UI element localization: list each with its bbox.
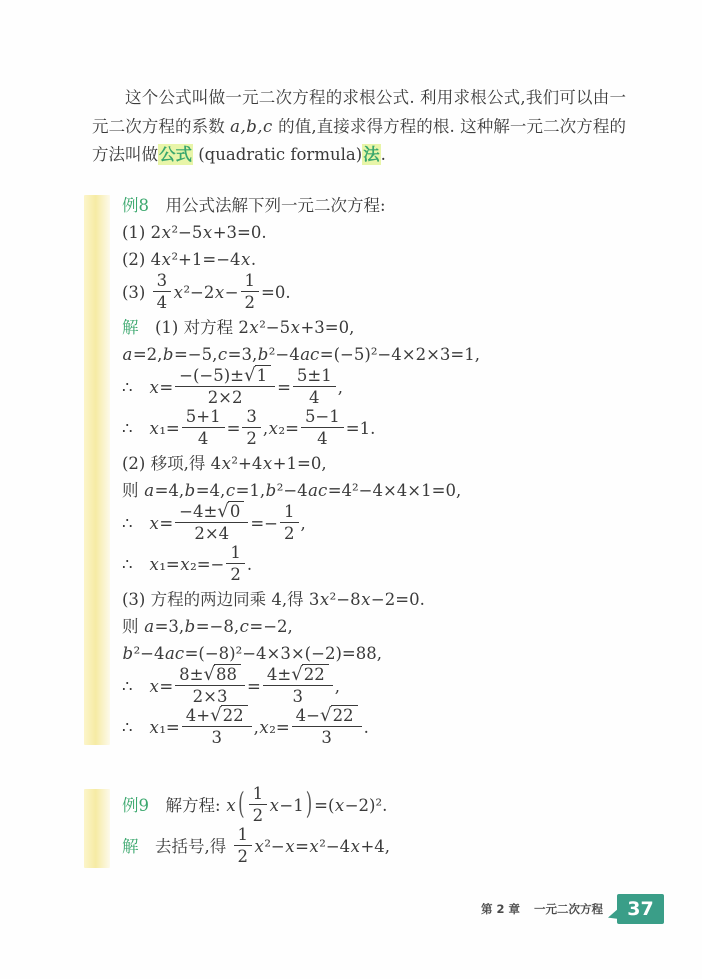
- math-text: −(−5)±: [179, 366, 244, 385]
- math-text: 2×2: [208, 388, 243, 407]
- math-text: 1: [238, 825, 249, 844]
- denominator: 2: [234, 846, 253, 866]
- page-number-badge: 37: [617, 894, 664, 924]
- math-text: 解: [122, 318, 139, 337]
- math-line: 例9 解方程: x(12x−1)=(x−2)².: [122, 786, 390, 827]
- radicand: 22: [221, 705, 248, 725]
- denominator: 3: [263, 686, 333, 706]
- math-text: b²−4ac=(−8)²−4×3×(−2)=88,: [122, 644, 382, 663]
- denominator: 2×2: [175, 387, 275, 407]
- math-text: 例8: [122, 196, 149, 215]
- math-text: 1: [284, 502, 295, 521]
- numerator: −(−5)±√1: [175, 366, 275, 387]
- math-line: ∴ x=−(−5)±√12×2=5±14,: [122, 368, 480, 409]
- denominator: 4: [182, 428, 225, 448]
- radical-sign-icon: √: [210, 705, 222, 726]
- math-text: ∴ x₁=x₂=−: [122, 555, 224, 574]
- denominator: 3: [182, 727, 252, 747]
- math-text: =: [247, 677, 261, 696]
- example8-lines: 例8 用公式法解下列一元二次方程:(1) 2x²−5x+3=0.(2) 4x²+…: [122, 192, 480, 749]
- math-text: ,: [338, 378, 343, 397]
- math-line: 则 a=4,b=4,c=1,b²−4ac=4²−4×4×1=0,: [122, 477, 480, 504]
- math-text: 4+: [186, 706, 210, 725]
- numerator: 1: [226, 543, 245, 564]
- example9-block: 例9 解方程: x(12x−1)=(x−2)².解 去括号,得 12x²−x=x…: [122, 786, 390, 868]
- fraction: 4−√223: [292, 706, 362, 747]
- numerator: 4±√22: [263, 665, 333, 686]
- math-text: a=2,b=−5,c=3,b²−4ac=(−5)²−4×2×3=1,: [122, 345, 480, 364]
- math-text: 4: [309, 388, 320, 407]
- math-text: x−1: [269, 796, 304, 815]
- radical-sign-icon: √: [320, 705, 332, 726]
- denominator: 2: [226, 564, 245, 584]
- math-text: .: [364, 718, 369, 737]
- math-text: ∴ x=: [122, 378, 173, 397]
- math-text: =1.: [346, 419, 376, 438]
- denominator: 2: [280, 523, 299, 543]
- math-text: 2: [238, 847, 249, 866]
- fraction: 32: [242, 407, 261, 448]
- numerator: 1: [249, 784, 268, 805]
- example8-block: 例8 用公式法解下列一元二次方程:(1) 2x²−5x+3=0.(2) 4x²+…: [122, 192, 480, 749]
- math-text: 1: [245, 271, 256, 290]
- math-text: ,: [335, 677, 340, 696]
- fraction: 12: [226, 543, 245, 584]
- numerator: 8±√88: [175, 665, 245, 686]
- math-text: (1) 对方程 2x²−5x+3=0,: [139, 318, 355, 337]
- fraction: 12: [280, 502, 299, 543]
- sqrt-radical: √22: [291, 665, 329, 684]
- math-text: ,: [301, 514, 306, 533]
- fraction: −4±√02×4: [175, 502, 248, 543]
- math-text: (2) 4x²+1=−4x.: [122, 250, 256, 269]
- math-text: x²−x=x²−4x+4,: [254, 837, 390, 856]
- math-text: 例9: [122, 796, 149, 815]
- fraction: 4+√223: [182, 706, 252, 747]
- math-line: (2) 移项,得 4x²+4x+1=0,: [122, 450, 480, 477]
- math-text: 去括号,得: [139, 837, 232, 856]
- math-text: 3: [157, 271, 168, 290]
- math-text: 5±1: [297, 366, 332, 385]
- denominator: 2×4: [175, 523, 248, 543]
- denominator: 4: [301, 428, 344, 448]
- radicand: 88: [214, 664, 241, 684]
- denominator: 2: [249, 805, 268, 825]
- math-line: b²−4ac=(−8)²−4×3×(−2)=88,: [122, 640, 480, 667]
- footer-chapter: 第 2 章: [481, 901, 520, 917]
- denominator: 4: [153, 292, 172, 312]
- sqrt-radical: √22: [320, 706, 358, 725]
- term-highlight-fa: 法: [362, 144, 381, 165]
- radicand: 22: [302, 664, 329, 684]
- math-text: 1: [230, 543, 241, 562]
- math-text: =: [277, 378, 291, 397]
- intro-paragraph: 这个公式叫做一元二次方程的求根公式. 利用求根公式,我们可以由一元二次方程的系数…: [92, 84, 626, 170]
- fraction: −(−5)±√12×2: [175, 366, 275, 407]
- math-text: 则 a=3,b=−8,c=−2,: [122, 617, 293, 636]
- coefficient-variables: a,b,c: [230, 117, 273, 136]
- math-line: (3) 方程的两边同乘 4,得 3x²−8x−2=0.: [122, 586, 480, 613]
- math-text: x²−2x−: [173, 283, 238, 302]
- math-line: ∴ x₁=4+√223,x₂=4−√223.: [122, 708, 480, 749]
- denominator: 2: [242, 428, 261, 448]
- math-text: 2: [245, 293, 256, 312]
- math-text: 3: [211, 728, 222, 747]
- math-text: 8±: [179, 665, 203, 684]
- math-text: =: [227, 419, 241, 438]
- textbook-page: 这个公式叫做一元二次方程的求根公式. 利用求根公式,我们可以由一元二次方程的系数…: [0, 0, 702, 979]
- math-line: ∴ x=−4±√02×4=−12,: [122, 504, 480, 545]
- math-text: 用公式法解下列一元二次方程:: [149, 196, 386, 215]
- footer-chapter-title: 一元二次方程: [534, 901, 603, 917]
- numerator: 5+1: [182, 407, 225, 428]
- denominator: 4: [293, 387, 336, 407]
- math-line: 则 a=3,b=−8,c=−2,: [122, 613, 480, 640]
- sqrt-radical: √1: [244, 366, 271, 385]
- math-line: 例8 用公式法解下列一元二次方程:: [122, 192, 480, 219]
- math-line: ∴ x₁=x₂=−12.: [122, 545, 480, 586]
- math-line: 解 (1) 对方程 2x²−5x+3=0,: [122, 314, 480, 341]
- numerator: 3: [153, 271, 172, 292]
- math-line: 解 去括号,得 12x²−x=x²−4x+4,: [122, 827, 390, 868]
- numerator: 5−1: [301, 407, 344, 428]
- denominator: 2: [241, 292, 260, 312]
- math-text: 3: [321, 728, 332, 747]
- math-text: 4−: [296, 706, 320, 725]
- numerator: 1: [234, 825, 253, 846]
- fraction: 34: [153, 271, 172, 312]
- fraction: 12: [249, 784, 268, 825]
- numerator: 1: [241, 271, 260, 292]
- math-text: 4: [317, 429, 328, 448]
- math-text: 4: [198, 429, 209, 448]
- math-text: 5−1: [305, 407, 340, 426]
- math-text: ,x₂=: [254, 718, 290, 737]
- numerator: 4+√22: [182, 706, 252, 727]
- fraction: 4±√223: [263, 665, 333, 706]
- math-line: ∴ x₁=5+14=32,x₂=5−14=1.: [122, 409, 480, 450]
- math-text: 2: [230, 565, 241, 584]
- math-text: 2: [246, 429, 257, 448]
- math-text: ,x₂=: [263, 419, 299, 438]
- math-line: a=2,b=−5,c=3,b²−4ac=(−5)²−4×2×3=1,: [122, 341, 480, 368]
- sqrt-radical: √88: [203, 665, 241, 684]
- math-line: (3) 34x²−2x−12=0.: [122, 273, 480, 314]
- math-text: 5+1: [186, 407, 221, 426]
- numerator: 5±1: [293, 366, 336, 387]
- math-text: ∴ x=: [122, 514, 173, 533]
- math-text: 2×3: [193, 687, 228, 706]
- math-text: −4±: [179, 502, 217, 521]
- math-text: 解: [122, 837, 139, 856]
- term-highlight-gongshi: 公式: [158, 144, 193, 165]
- math-text: 2×4: [194, 524, 229, 543]
- denominator: 2×3: [175, 686, 245, 706]
- radical-sign-icon: √: [244, 365, 256, 386]
- math-text: 3: [246, 407, 257, 426]
- radicand: 22: [331, 705, 358, 725]
- fraction: 5±14: [293, 366, 336, 407]
- math-text: 3: [293, 687, 304, 706]
- radicand: 0: [228, 501, 245, 521]
- math-text: 4±: [267, 665, 291, 684]
- radicand: 1: [255, 365, 272, 385]
- numerator: 1: [280, 502, 299, 523]
- math-line: (2) 4x²+1=−4x.: [122, 246, 480, 273]
- math-text: 2: [253, 806, 264, 825]
- page-number: 37: [627, 898, 653, 920]
- sqrt-radical: √22: [210, 706, 248, 725]
- math-text: ∴ x₁=: [122, 718, 180, 737]
- example9-lines: 例9 解方程: x(12x−1)=(x−2)².解 去括号,得 12x²−x=x…: [122, 786, 390, 868]
- badge-tail-icon: [608, 908, 619, 919]
- sqrt-radical: √0: [217, 502, 244, 521]
- math-text: 2: [284, 524, 295, 543]
- intro-english-term: (quadratic formula): [193, 145, 362, 164]
- math-text: ∴ x₁=: [122, 419, 180, 438]
- math-text: 则 a=4,b=4,c=1,b²−4ac=4²−4×4×1=0,: [122, 481, 461, 500]
- example8-accent-bar: [84, 195, 110, 745]
- fraction: 8±√882×3: [175, 665, 245, 706]
- numerator: −4±√0: [175, 502, 248, 523]
- example9-accent-bar: [84, 789, 110, 868]
- math-text: =0.: [261, 283, 291, 302]
- math-text: 1: [253, 784, 264, 803]
- math-line: ∴ x=8±√882×3=4±√223,: [122, 667, 480, 708]
- denominator: 3: [292, 727, 362, 747]
- math-text: (3) 方程的两边同乘 4,得 3x²−8x−2=0.: [122, 590, 425, 609]
- numerator: 4−√22: [292, 706, 362, 727]
- math-text: (1) 2x²−5x+3=0.: [122, 223, 267, 242]
- math-text: (2) 移项,得 4x²+4x+1=0,: [122, 454, 327, 473]
- math-line: (1) 2x²−5x+3=0.: [122, 219, 480, 246]
- intro-period: .: [381, 145, 386, 164]
- page-footer: 第 2 章 一元二次方程 37: [0, 894, 664, 924]
- math-text: =(x−2)².: [314, 796, 387, 815]
- math-text: 解方程: x: [149, 796, 236, 815]
- fraction: 12: [234, 825, 253, 866]
- fraction: 5−14: [301, 407, 344, 448]
- math-text: .: [247, 555, 252, 574]
- math-text: (3): [122, 283, 151, 302]
- fraction: 5+14: [182, 407, 225, 448]
- math-text: 4: [157, 293, 168, 312]
- math-text: (: [238, 779, 244, 828]
- math-text: ): [306, 779, 312, 828]
- fraction: 12: [241, 271, 260, 312]
- math-text: =−: [250, 514, 278, 533]
- math-text: ∴ x=: [122, 677, 173, 696]
- numerator: 3: [242, 407, 261, 428]
